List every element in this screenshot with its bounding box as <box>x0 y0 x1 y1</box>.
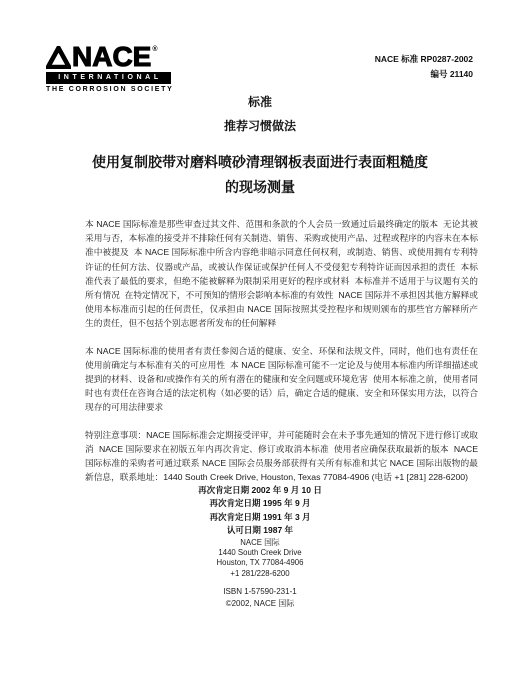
document-title-line-1: 使用复制胶带对磨料喷砂清理钢板表面进行表面粗糙度 <box>0 150 520 175</box>
foreword-paragraph-1: 本 NACE 国际标准是那些审查过其文件、范围和条款的个人会员一致通过后最终确定… <box>85 217 478 331</box>
foreword-paragraph-3: 特别注意事项：NACE 国际标准会定期接受评审，并可能随时会在未予事先通知的情况… <box>85 428 478 485</box>
foreword-text: 本 NACE 国际标准是那些审查过其文件、范围和条款的个人会员一致通过后最终确定… <box>85 217 478 497</box>
document-title-line-2: 的现场测量 <box>0 175 520 200</box>
nace-logo: NACE ® INTERNATIONAL THE CORROSION SOCIE… <box>46 46 176 93</box>
isbn-copyright-block: ISBN 1-57590-231-1 ©2002, NACE 国际 <box>0 586 520 609</box>
standard-reference: NACE 标准 RP0287-2002 <box>375 52 473 67</box>
nace-logo-banner: INTERNATIONAL <box>46 72 171 84</box>
revision-history: 再次肯定日期 2002 年 9 月 10 日 再次肯定日期 1995 年 9 月… <box>0 484 520 538</box>
publisher-block: NACE 国际 1440 South Creek Drive Houston, … <box>0 538 520 579</box>
history-line-1995: 再次肯定日期 1995 年 9 月 <box>0 497 520 510</box>
history-line-1987: 认可日期 1987 年 <box>0 524 520 537</box>
item-number: 编号 21140 <box>375 67 473 82</box>
publisher-phone: +1 281/228-6200 <box>0 569 520 579</box>
publisher-address-line-2: Houston, TX 77084-4906 <box>0 558 520 568</box>
document-page: NACE ® INTERNATIONAL THE CORROSION SOCIE… <box>0 0 520 673</box>
history-line-2002: 再次肯定日期 2002 年 9 月 10 日 <box>0 484 520 497</box>
document-identifiers: NACE 标准 RP0287-2002 编号 21140 <box>375 52 473 82</box>
publisher-address-line-1: 1440 South Creek Drive <box>0 548 520 558</box>
history-line-1991: 再次肯定日期 1991 年 3 月 <box>0 511 520 524</box>
nace-brand-text: NACE <box>72 46 151 68</box>
delta-triangle-icon <box>46 46 71 69</box>
copyright-notice: ©2002, NACE 国际 <box>0 598 520 610</box>
isbn-number: ISBN 1-57590-231-1 <box>0 586 520 598</box>
document-title: 使用复制胶带对磨料喷砂清理钢板表面进行表面粗糙度 的现场测量 <box>0 150 520 200</box>
document-kind-heading: 标准 <box>0 93 520 110</box>
publisher-name: NACE 国际 <box>0 538 520 548</box>
document-type-heading: 推荐习惯做法 <box>0 117 520 134</box>
nace-logo-tagline: THE CORROSION SOCIETY <box>46 86 176 93</box>
registered-trademark-icon: ® <box>152 46 157 54</box>
foreword-paragraph-2: 本 NACE 国际标准的使用者有责任参阅合适的健康、安全、环保和法规文件，同时，… <box>85 344 478 415</box>
nace-logo-wordmark: NACE ® <box>46 46 176 70</box>
